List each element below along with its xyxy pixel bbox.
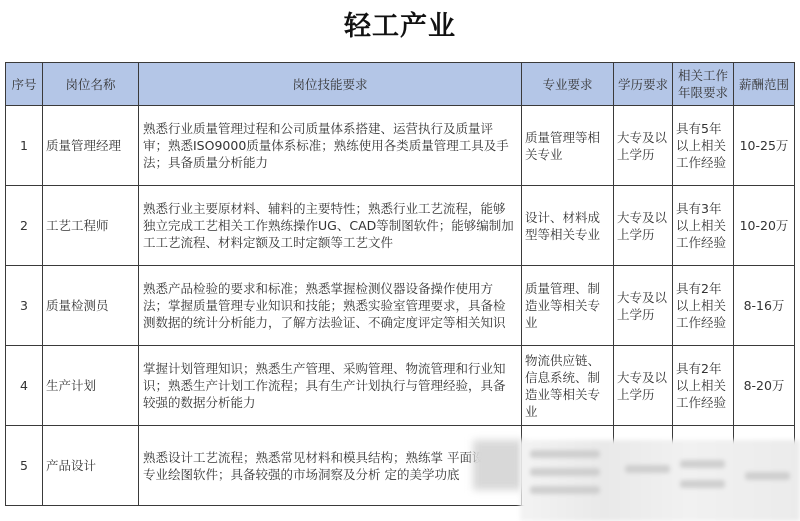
cell-no: 1 — [6, 106, 43, 186]
cell-major: 质量管理等相关专业 — [522, 106, 614, 186]
cell-education: 大专及以上学历 — [614, 186, 673, 266]
cell-skills: 熟悉产品检验的要求和标准；熟悉掌握检测仪器设备操作使用方法；掌握质量管理专业知识… — [139, 266, 522, 346]
page-title: 轻工产业 — [0, 4, 800, 43]
blur-overlay-edge — [473, 440, 523, 490]
cell-skills: 熟悉行业质量管理过程和公司质量体系搭建、运营执行及质量评审；熟悉ISO9000质… — [139, 106, 522, 186]
cell-salary: 8-16万 — [734, 266, 795, 346]
header-no: 序号 — [6, 63, 43, 106]
table-row: 1 质量管理经理 熟悉行业质量管理过程和公司质量体系搭建、运营执行及质量评审；熟… — [6, 106, 795, 186]
header-experience: 相关工作年限要求 — [673, 63, 734, 106]
header-salary: 薪酬范围 — [734, 63, 795, 106]
cell-education: 大专及以上学历 — [614, 346, 673, 426]
cell-position: 质量管理经理 — [43, 106, 139, 186]
header-position: 岗位名称 — [43, 63, 139, 106]
cell-major: 物流供应链、信息系统、制造业等相关专业 — [522, 346, 614, 426]
cell-skills: 熟悉行业主要原材料、辅料的主要特性；熟悉行业工艺流程，能够独立完成工艺相关工作熟… — [139, 186, 522, 266]
cell-no: 4 — [6, 346, 43, 426]
cell-experience: 具有2年以上相关工作经验 — [673, 346, 734, 426]
cell-skills: 掌握计划管理知识；熟悉生产管理、采购管理、物流管理和行业知识；熟悉生产计划工作流… — [139, 346, 522, 426]
table-header-row: 序号 岗位名称 岗位技能要求 专业要求 学历要求 相关工作年限要求 薪酬范围 — [6, 63, 795, 106]
cell-position: 质量检测员 — [43, 266, 139, 346]
cell-experience: 具有2年以上相关工作经验 — [673, 266, 734, 346]
cell-salary: 10-20万 — [734, 186, 795, 266]
cell-salary: 10-25万 — [734, 106, 795, 186]
cell-position: 产品设计 — [43, 426, 139, 506]
header-skills: 岗位技能要求 — [139, 63, 522, 106]
blur-overlay — [520, 440, 800, 521]
cell-experience: 具有5年以上相关工作经验 — [673, 106, 734, 186]
header-major: 专业要求 — [522, 63, 614, 106]
cell-education: 大专及以上学历 — [614, 106, 673, 186]
cell-major: 设计、材料成型等相关专业 — [522, 186, 614, 266]
header-education: 学历要求 — [614, 63, 673, 106]
cell-no: 3 — [6, 266, 43, 346]
table-row: 3 质量检测员 熟悉产品检验的要求和标准；熟悉掌握检测仪器设备操作使用方法；掌握… — [6, 266, 795, 346]
cell-position: 工艺工程师 — [43, 186, 139, 266]
cell-major: 质量管理、制造业等相关专业 — [522, 266, 614, 346]
cell-no: 2 — [6, 186, 43, 266]
cell-no: 5 — [6, 426, 43, 506]
cell-education: 大专及以上学历 — [614, 266, 673, 346]
cell-experience: 具有3年以上相关工作经验 — [673, 186, 734, 266]
table-row: 4 生产计划 掌握计划管理知识；熟悉生产管理、采购管理、物流管理和行业知识；熟悉… — [6, 346, 795, 426]
cell-skills: 熟悉设计工艺流程；熟悉常见材料和模具结构；熟练掌 平面设计等专业绘图软件；具备较… — [139, 426, 522, 506]
cell-salary: 8-20万 — [734, 346, 795, 426]
cell-position: 生产计划 — [43, 346, 139, 426]
table-row: 2 工艺工程师 熟悉行业主要原材料、辅料的主要特性；熟悉行业工艺流程，能够独立完… — [6, 186, 795, 266]
